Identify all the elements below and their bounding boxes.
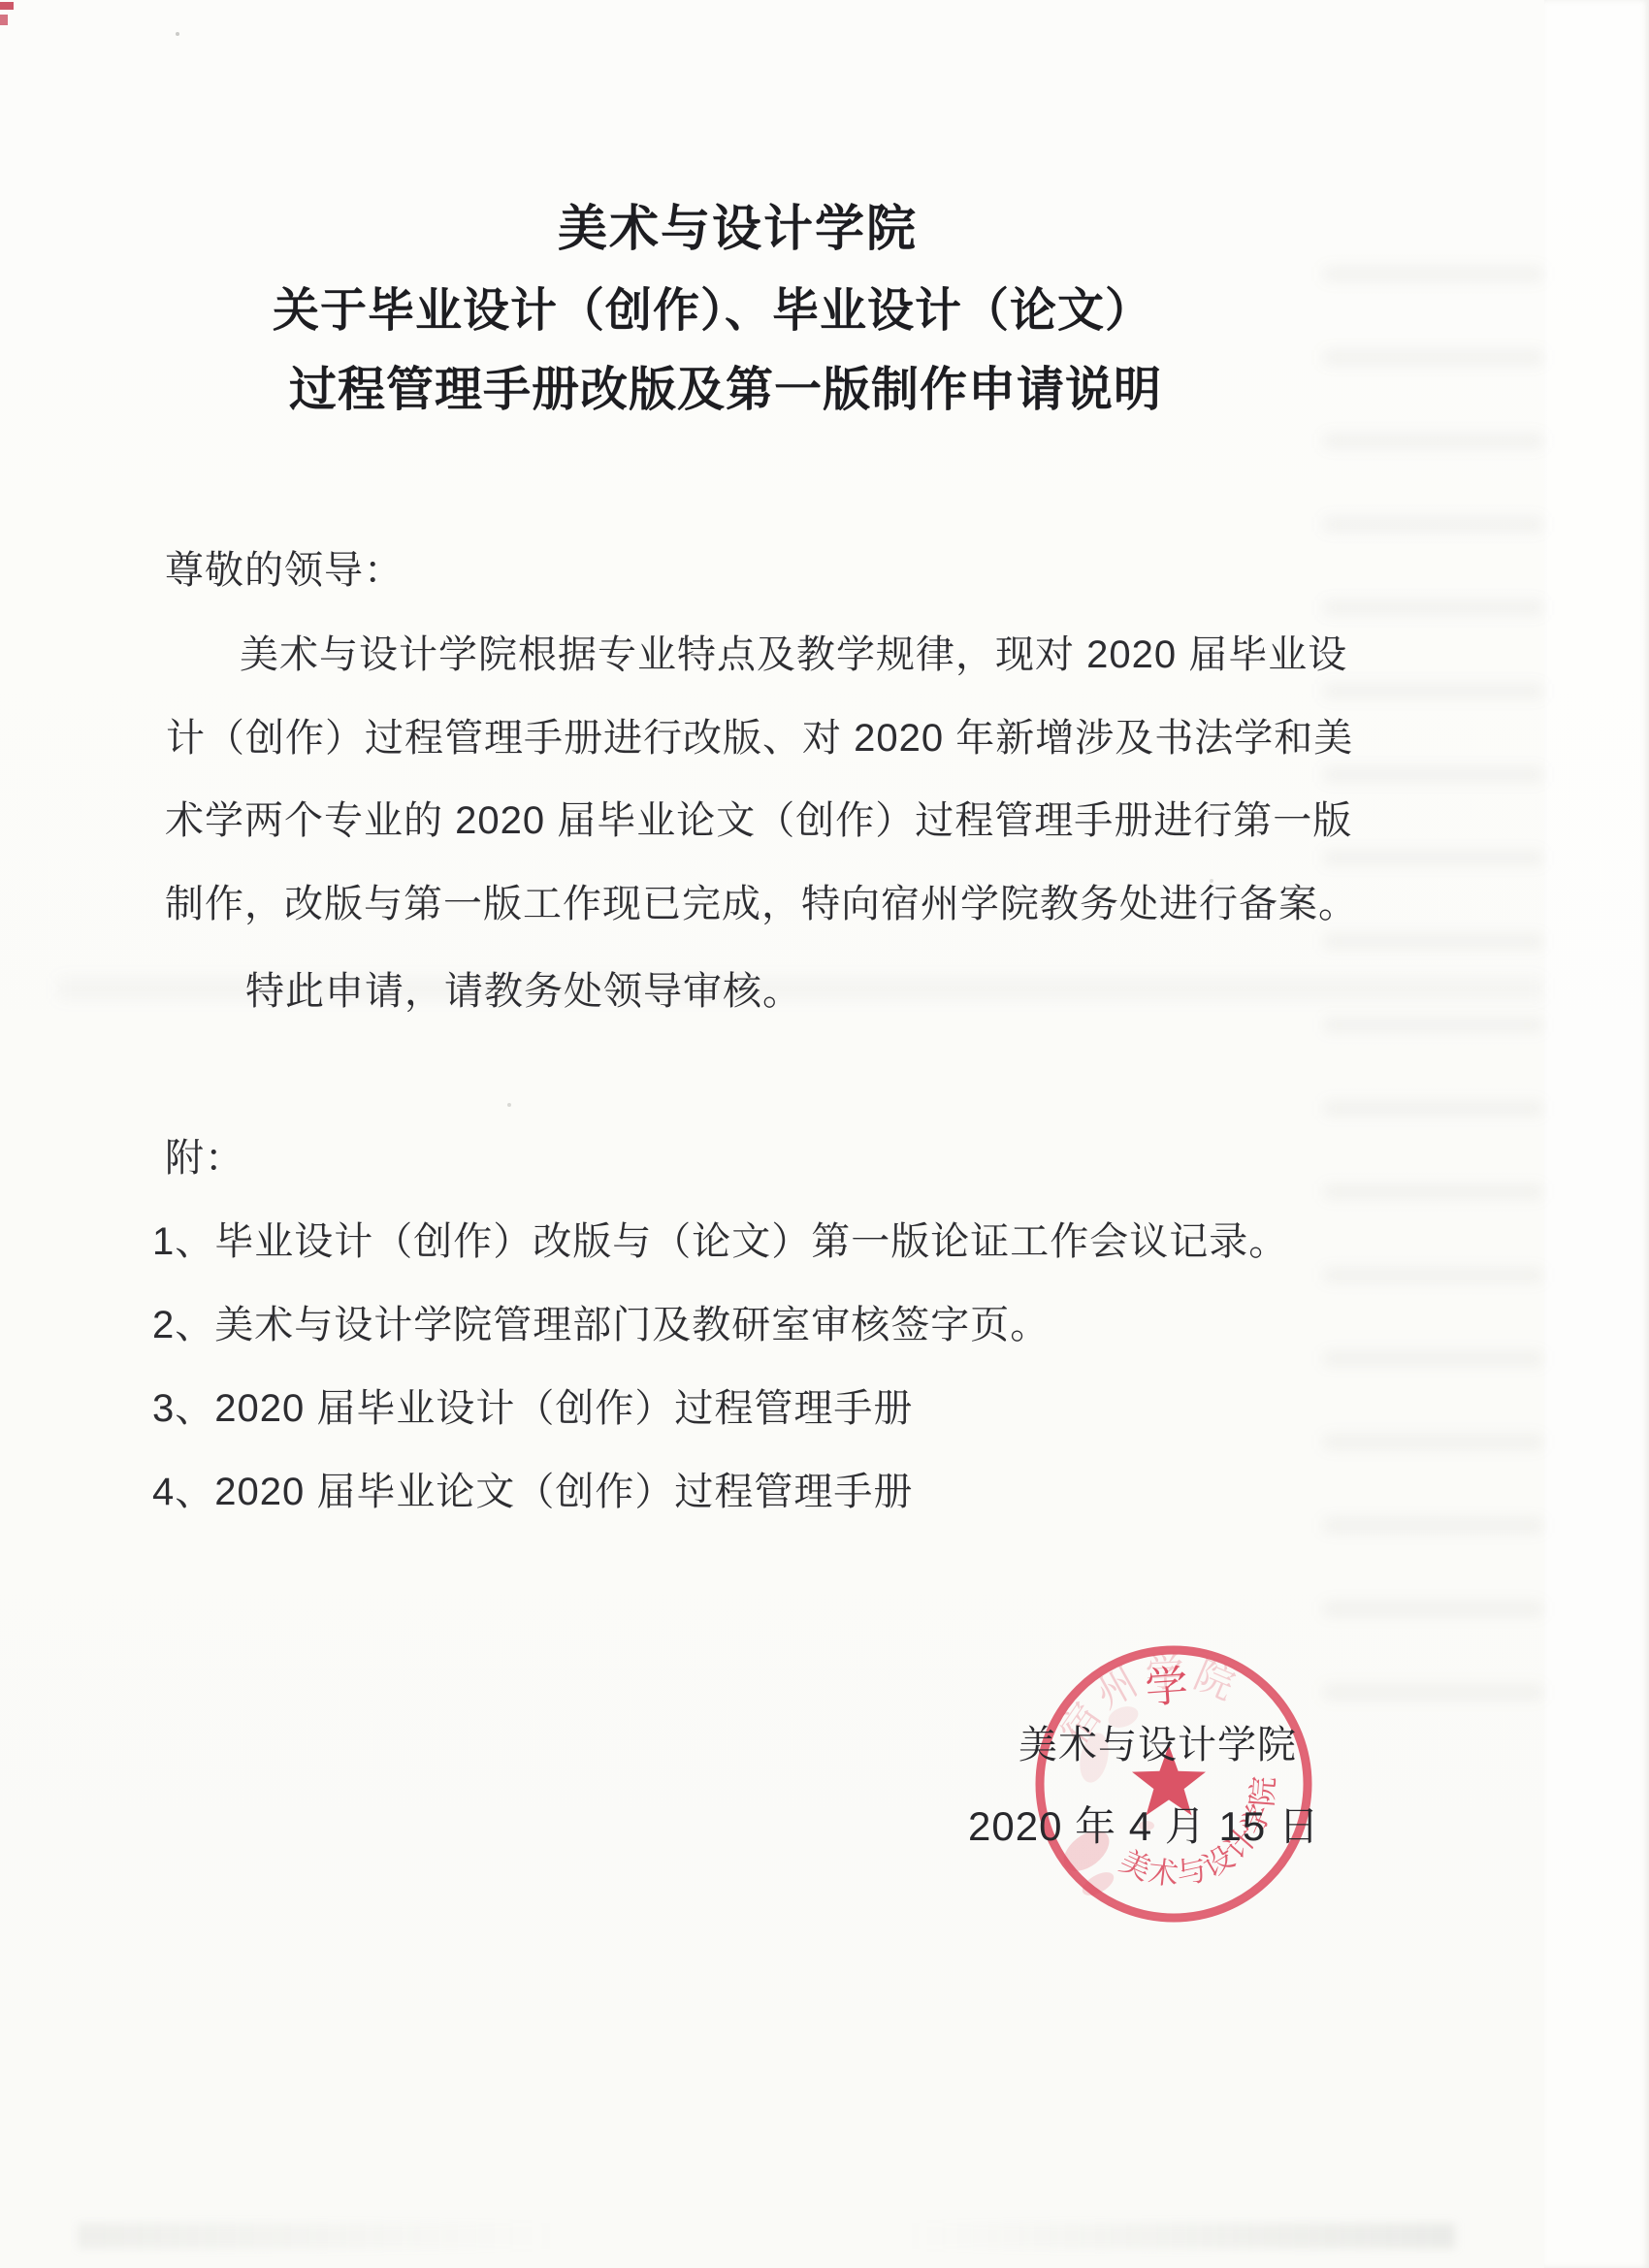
doc-title-line-2: 关于毕业设计（创作）、毕业设计（论文） xyxy=(273,288,1152,335)
body-paragraph-line: 美术与设计学院根据专业特点及教学规律，现对 2020 届毕业设 xyxy=(240,635,1347,674)
scan-corner-red-mark xyxy=(0,2,14,10)
closing-request-line: 特此申请，请教务处领导审核。 xyxy=(245,972,802,1011)
attachment-item: 2、美术与设计学院管理部门及教研室审核签字页。 xyxy=(152,1306,1050,1345)
attachment-item: 1、毕业设计（创作）改版与（论文）第一版论证工作会议记录。 xyxy=(152,1222,1288,1261)
scan-corner-red-mark xyxy=(0,15,8,25)
official-seal: 宿州学院 学 美术与设计学院 xyxy=(1030,1641,1317,1928)
doc-title-line-3: 过程管理手册改版及第一版制作申请说明 xyxy=(289,366,1162,413)
signature-date: 2020 年 4 月 15 日 xyxy=(968,1806,1320,1847)
scanned-document-page: 宿州学院 学 美术与设计学院 美术与设计学院 关于毕业设计（创作）、毕业设计（论… xyxy=(0,0,1649,2268)
doc-title-line-1: 美术与设计学院 xyxy=(558,206,918,255)
scan-speck xyxy=(507,1103,511,1107)
attachments-label: 附： xyxy=(165,1139,244,1178)
salutation: 尊敬的领导： xyxy=(165,551,404,590)
attachment-item: 4、2020 届毕业论文（创作）过程管理手册 xyxy=(152,1473,913,1511)
seal-top-char: 学 xyxy=(1144,1663,1189,1713)
body-paragraph-line: 术学两个专业的 2020 届毕业论文（创作）过程管理手册进行第一版 xyxy=(165,801,1352,840)
body-paragraph-line: 制作，改版与第一版工作现已完成，特向宿州学院教务处进行备案。 xyxy=(165,885,1358,923)
signature-org: 美术与设计学院 xyxy=(1018,1726,1297,1765)
scan-edge-strip xyxy=(1544,0,1649,2268)
attachment-item: 3、2020 届毕业设计（创作）过程管理手册 xyxy=(152,1389,913,1428)
scan-speck xyxy=(176,32,179,36)
scan-bottom-smudge xyxy=(78,2223,1455,2249)
body-paragraph-line: 计（创作）过程管理手册进行改版、对 2020 年新增涉及书法学和美 xyxy=(166,719,1353,758)
